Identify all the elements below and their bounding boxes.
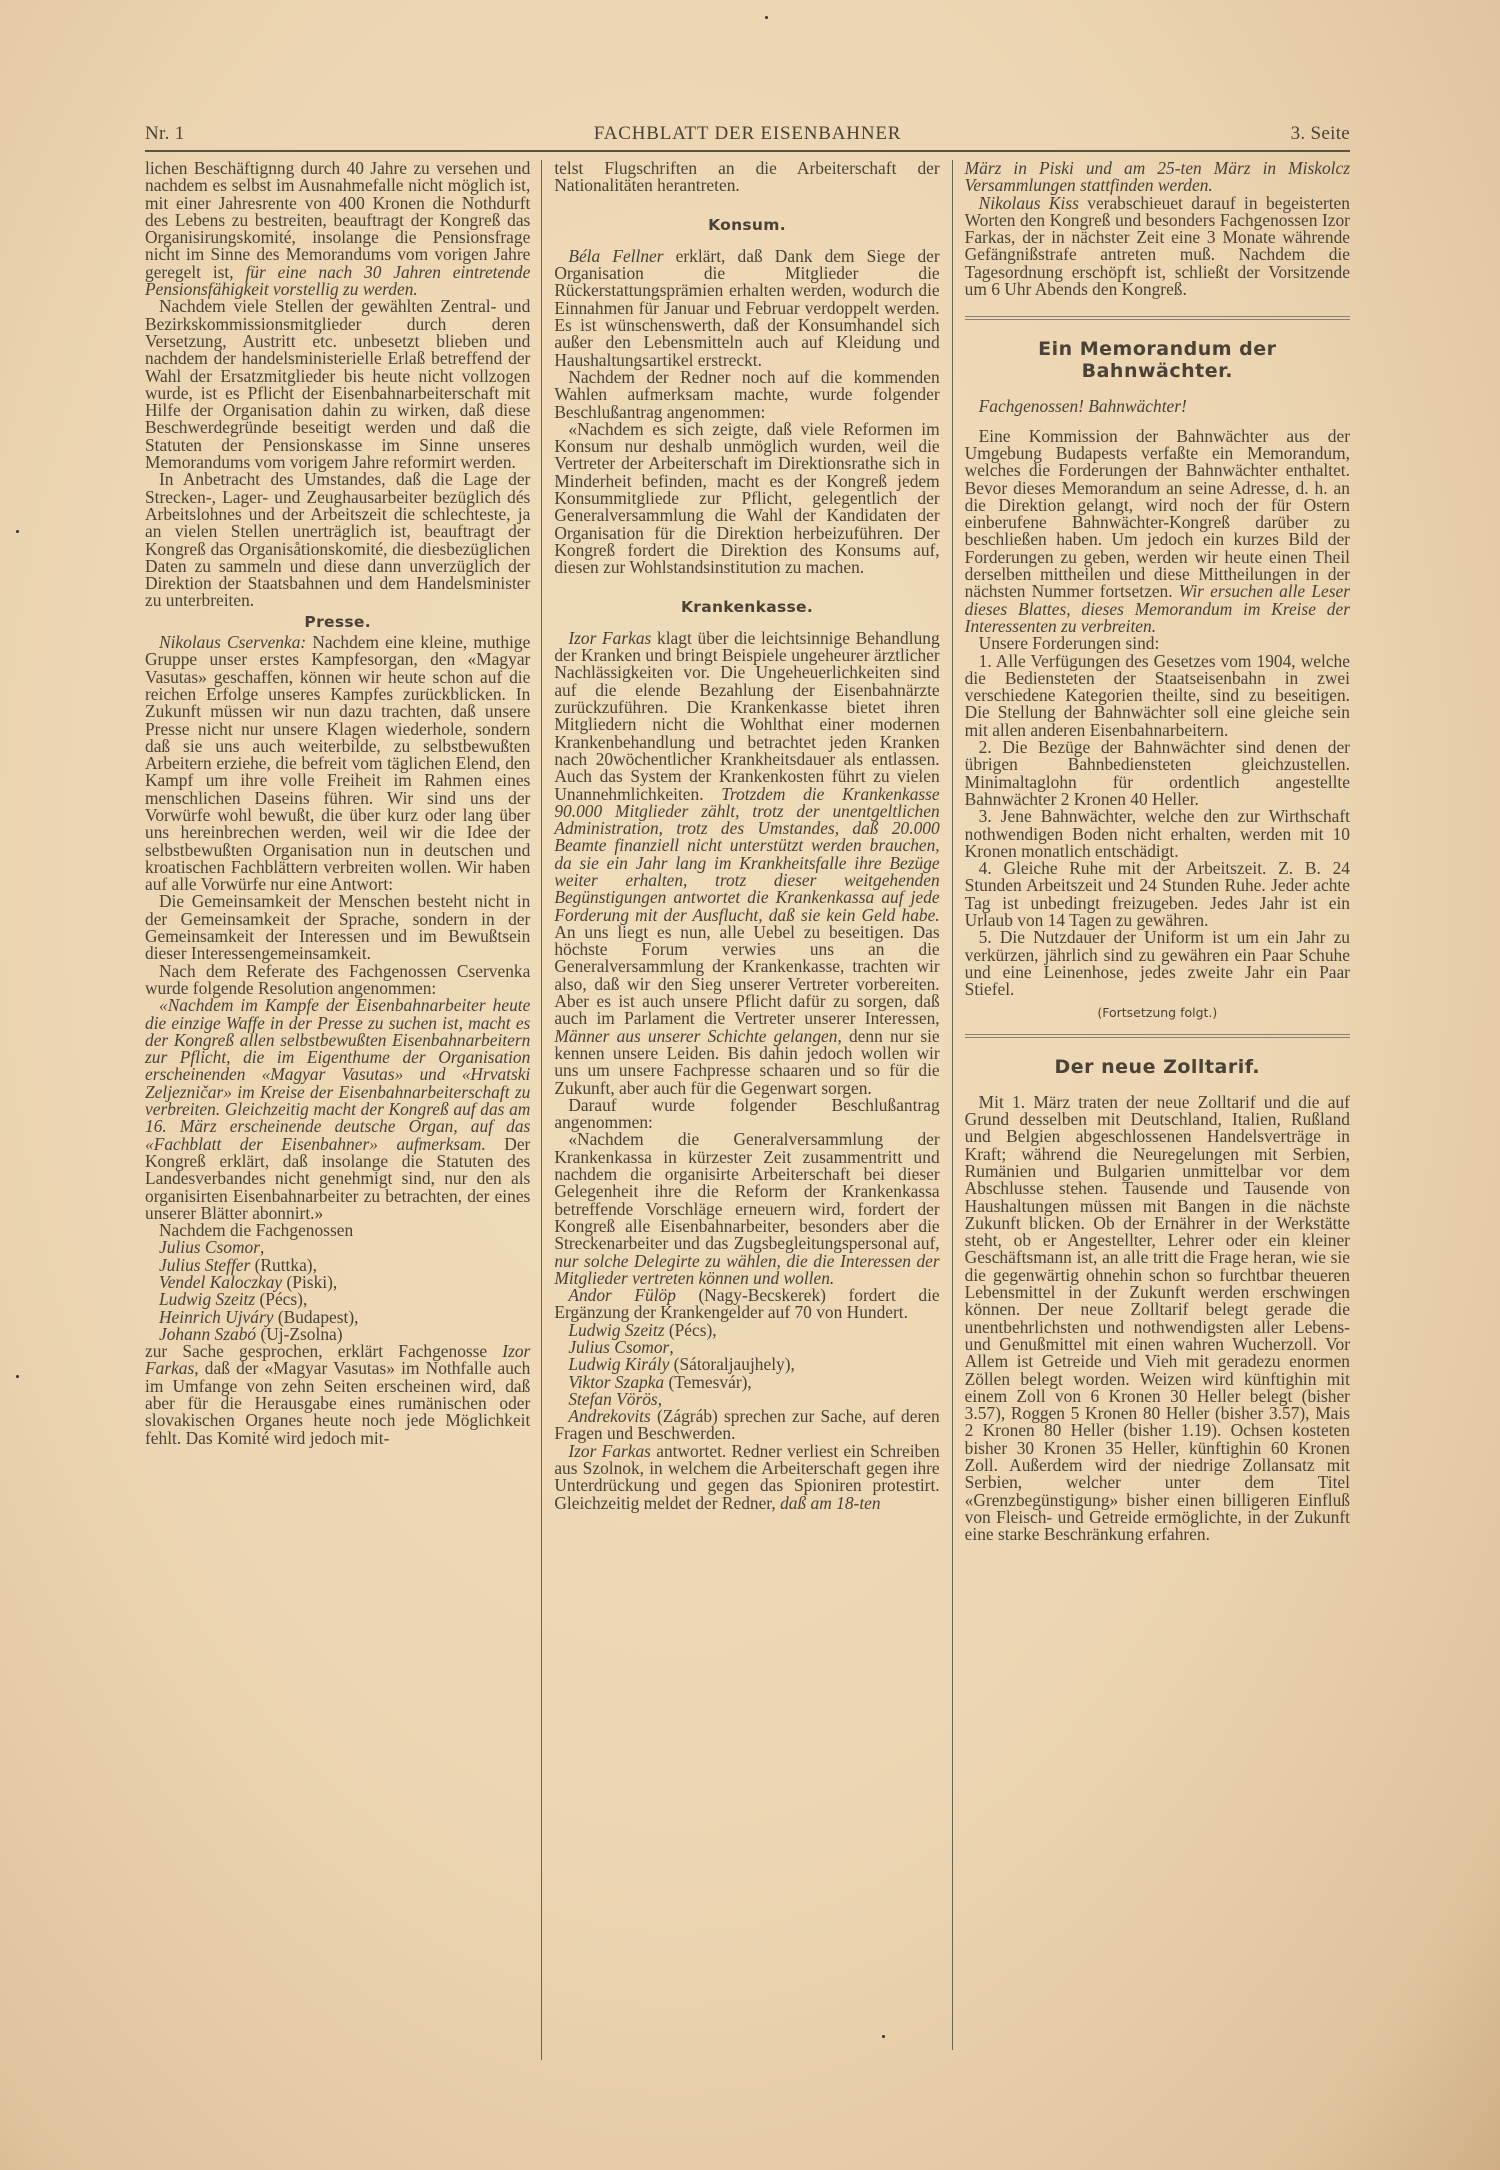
section-divider — [965, 1034, 1350, 1038]
column-2: telst Flugschriften an die Arbeiterschaf… — [542, 160, 952, 2050]
paragraph: Darauf wurde folgender Beschlußantrag an… — [554, 1097, 939, 1132]
newspaper-page: Nr. 1 FACHBLATT DER EISENBAHNER 3. Seite… — [145, 118, 1350, 2060]
paragraph: Nikolaus Cservenka: Nachdem eine kleine,… — [145, 634, 530, 893]
paragraph: März in Piski und am 25-ten März in Misk… — [965, 160, 1350, 195]
paragraph: Béla Fellner erklärt, daß Dank dem Siege… — [554, 248, 939, 369]
article-heading-zolltarif: Der neue Zolltarif. — [971, 1056, 1344, 1078]
paper-speck — [765, 16, 768, 19]
column-1: lichen Beschäftignng durch 40 Jahre zu v… — [145, 160, 542, 2060]
paragraph: Izor Farkas klagt über die leichtsinnige… — [554, 630, 939, 1097]
paragraph: Nachdem viele Stellen der gewählten Zent… — [145, 298, 530, 471]
page-header: Nr. 1 FACHBLATT DER EISENBAHNER 3. Seite — [145, 118, 1350, 152]
paragraph: Die Gemeinsamkeit der Menschen besteht n… — [145, 893, 530, 962]
paragraph: Andor Fülöp (Nagy-Becskerek) fordert die… — [554, 1287, 939, 1322]
paragraph: Andrekovits (Zágráb) sprechen zur Sache,… — [554, 1408, 939, 1443]
salutation: Fachgenossen! Bahnwächter! — [965, 398, 1350, 415]
section-heading-presse: Presse. — [145, 614, 530, 631]
paper-speck — [16, 1375, 19, 1378]
column-3: März in Piski und am 25-ten März in Misk… — [953, 160, 1350, 2060]
speaker-list: Ludwig Szeitz (Pécs), Julius Csomor, Lud… — [554, 1322, 939, 1408]
resolution: «Nachdem im Kampfe der Eisenbahnarbeiter… — [145, 997, 530, 1222]
continued-note: (Fortsetzung folgt.) — [965, 1004, 1350, 1021]
section-heading-konsum: Konsum. — [554, 217, 939, 234]
section-heading-krankenkasse: Krankenkasse. — [554, 599, 939, 616]
paper-speck — [882, 2035, 885, 2038]
paragraph: Unsere Forderungen sind: — [965, 635, 1350, 652]
speaker-list: Julius Csomor, Julius Steffer (Ruttka), … — [145, 1239, 530, 1343]
page-number: 3. Seite — [1291, 123, 1350, 145]
article-columns: lichen Beschäftignng durch 40 Jahre zu v… — [145, 160, 1350, 2060]
paragraph: Izor Farkas antwortet. Redner verliest e… — [554, 1443, 939, 1512]
resolution: «Nachdem die Generalversammlung der Kran… — [554, 1131, 939, 1287]
paragraph: lichen Beschäftignng durch 40 Jahre zu v… — [145, 160, 530, 298]
masthead-title: FACHBLATT DER EISENBAHNER — [145, 123, 1350, 145]
demand-item: 4. Gleiche Ruhe mit der Arbeitszeit. Z. … — [965, 860, 1350, 929]
demand-item: 3. Jene Bahnwächter, welche den zur Wirt… — [965, 808, 1350, 860]
demand-item: 1. Alle Verfügungen des Gesetzes vom 190… — [965, 653, 1350, 739]
paragraph: In Anbetracht des Umstandes, daß die Lag… — [145, 471, 530, 609]
section-divider — [965, 316, 1350, 320]
demand-item: 5. Die Nutzdauer der Uniform ist um ein … — [965, 929, 1350, 998]
paragraph: telst Flugschriften an die Arbeiterschaf… — [554, 160, 939, 195]
article-heading-memorandum: Ein Memorandum der Bahnwächter. — [971, 338, 1344, 382]
paragraph: Eine Kommission der Bahnwächter aus der … — [965, 428, 1350, 636]
paper-speck — [16, 530, 19, 533]
demand-item: 2. Die Bezüge der Bahnwächter sind denen… — [965, 739, 1350, 808]
paragraph: zur Sache gesprochen, erklärt Fachgenoss… — [145, 1343, 530, 1447]
paragraph: Nikolaus Kiss verabschieuet darauf in be… — [965, 195, 1350, 299]
resolution: «Nachdem es sich zeigte, daß viele Refor… — [554, 421, 939, 577]
paragraph: Mit 1. März traten der neue Zolltarif un… — [965, 1094, 1350, 1544]
paragraph: Nachdem der Redner noch auf die kommende… — [554, 369, 939, 421]
paragraph: Nach dem Referate des Fachgenossen Cserv… — [145, 963, 530, 998]
